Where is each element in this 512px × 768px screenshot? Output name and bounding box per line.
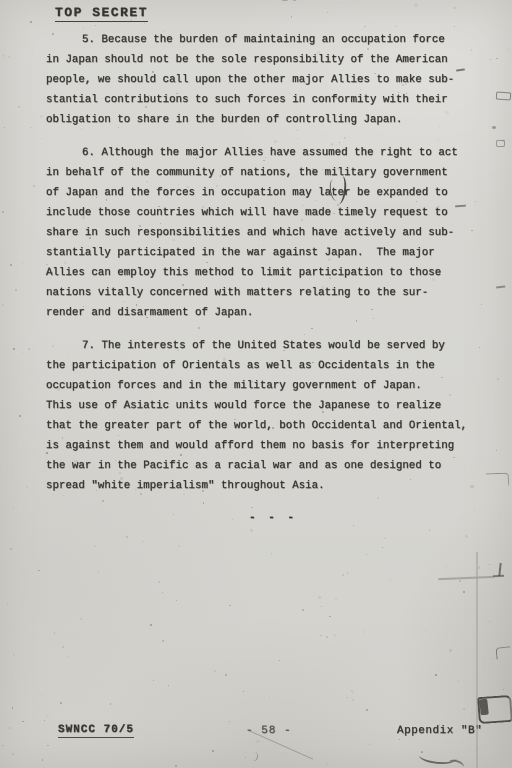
noise-speck — [497, 378, 499, 380]
text-line: the participation of Orientals as well a… — [46, 356, 486, 376]
noise-speck — [13, 508, 15, 510]
noise-speck — [302, 609, 304, 611]
noise-speck — [33, 185, 35, 187]
noise-speck — [225, 674, 226, 675]
noise-speck — [30, 127, 32, 129]
noise-speck — [30, 21, 32, 23]
noise-speck — [2, 54, 5, 57]
noise-speck — [15, 289, 17, 291]
noise-speck — [352, 699, 354, 701]
noise-speck — [143, 541, 144, 542]
text-line: include those countries which will have … — [46, 203, 486, 223]
noise-speck — [214, 670, 216, 672]
noise-speck — [364, 26, 366, 28]
noise-speck — [158, 581, 160, 583]
noise-speck — [229, 721, 230, 722]
noise-speck — [342, 574, 344, 576]
noise-speck — [335, 598, 337, 600]
noise-speck — [366, 709, 368, 711]
scan-artifact — [495, 646, 511, 660]
noise-speck — [508, 49, 509, 50]
noise-speck — [496, 450, 497, 451]
noise-speck — [80, 618, 82, 620]
text-line: occupation forces and in the military go… — [46, 376, 486, 396]
noise-speck — [229, 605, 231, 607]
noise-speck — [126, 536, 128, 538]
noise-speck — [62, 646, 64, 648]
noise-speck — [54, 632, 56, 634]
noise-speck — [18, 106, 19, 107]
noise-speck — [153, 680, 155, 682]
noise-speck — [352, 692, 354, 694]
noise-speck — [320, 635, 322, 637]
noise-speck — [28, 348, 30, 350]
noise-speck — [19, 415, 21, 417]
scan-artifact — [492, 126, 496, 129]
noise-speck — [463, 591, 465, 593]
noise-speck — [459, 580, 461, 582]
noise-speck — [329, 616, 331, 618]
noise-speck — [245, 757, 246, 758]
noise-speck — [2, 211, 4, 213]
noise-speck — [102, 500, 103, 501]
noise-speck — [168, 685, 169, 686]
text-line: is against them and would afford them no… — [46, 436, 486, 456]
noise-speck — [144, 23, 145, 24]
noise-speck — [478, 566, 481, 569]
noise-speck — [232, 519, 233, 520]
section-separator: - - - — [249, 512, 297, 524]
noise-speck — [453, 7, 456, 10]
text-line: stantially participated in the war again… — [46, 243, 486, 263]
partial-page-number-top: 13 — [281, 0, 301, 4]
noise-speck — [382, 547, 383, 548]
scan-artifact — [496, 281, 506, 288]
scratch-mark — [418, 746, 458, 767]
noise-speck — [22, 263, 24, 265]
text-line: obligation to share in the burden of con… — [46, 110, 486, 130]
noise-speck — [173, 514, 174, 515]
noise-speck — [176, 600, 178, 602]
noise-speck — [175, 765, 177, 767]
paragraph: 6. Although the major Allies have assume… — [46, 143, 486, 323]
noise-speck — [449, 649, 452, 652]
noise-speck — [463, 708, 465, 710]
noise-speck — [377, 497, 379, 499]
noise-speck — [8, 56, 10, 58]
noise-speck — [60, 702, 62, 704]
text-line: in behalf of the community of nations, t… — [46, 163, 486, 183]
tear-mark — [479, 699, 489, 716]
page-number: - 58 - — [246, 725, 292, 737]
noise-speck — [41, 138, 42, 139]
noise-speck — [394, 25, 397, 28]
noise-speck — [42, 759, 44, 761]
noise-speck — [55, 569, 57, 571]
crease-line — [438, 576, 494, 580]
text-line: of Japan and the forces in occupation ma… — [46, 183, 486, 203]
noise-speck — [26, 486, 28, 488]
tear-mark — [477, 695, 512, 724]
noise-speck — [446, 566, 447, 567]
text-line: render and disarmament of Japan. — [46, 303, 486, 323]
scratch-mark — [447, 758, 465, 768]
noise-speck — [493, 658, 494, 659]
noise-speck — [489, 621, 490, 622]
noise-speck — [13, 348, 15, 350]
noise-speck — [326, 763, 328, 765]
noise-speck — [318, 596, 321, 599]
noise-speck — [502, 139, 505, 142]
noise-speck — [489, 564, 490, 565]
noise-speck — [13, 653, 16, 656]
noise-speck — [476, 747, 478, 749]
crease-mark — [493, 575, 504, 577]
noise-speck — [12, 753, 13, 754]
noise-speck — [276, 757, 277, 758]
appendix-label: Appendix "B" — [397, 725, 482, 737]
noise-speck — [490, 59, 491, 60]
noise-speck — [390, 579, 391, 580]
noise-speck — [2, 304, 4, 306]
document-id: SWNCC 70/5 — [58, 724, 134, 738]
noise-speck — [67, 656, 69, 658]
noise-speck — [429, 530, 430, 531]
noise-speck — [435, 674, 436, 675]
noise-speck — [421, 751, 423, 753]
noise-speck — [195, 610, 196, 611]
noise-speck — [271, 553, 272, 554]
scan-artifact — [486, 473, 509, 487]
noise-speck — [95, 25, 96, 26]
noise-speck — [430, 573, 431, 574]
text-line: This use of Asiatic units would force th… — [46, 396, 486, 416]
text-line: spread "white imperialism" throughout As… — [46, 476, 486, 496]
noise-speck — [10, 264, 12, 266]
document-body: 5. Because the burden of maintaining an … — [46, 30, 486, 496]
noise-speck — [4, 127, 5, 128]
noise-speck — [10, 548, 12, 550]
text-line: Allies can employ this method to limit p… — [46, 263, 486, 283]
noise-speck — [334, 634, 337, 637]
scan-artifact — [496, 91, 512, 100]
scratch-mark — [249, 751, 259, 761]
noise-speck — [269, 697, 270, 698]
noise-speck — [238, 711, 239, 712]
noise-speck — [212, 750, 214, 752]
paragraph: 7. The interests of the United States wo… — [46, 336, 486, 496]
text-line: 5. Because the burden of maintaining an … — [46, 30, 486, 50]
noise-speck — [98, 572, 99, 573]
text-line: stantial contributions to such forces in… — [46, 90, 486, 110]
noise-speck — [94, 545, 96, 547]
noise-speck — [47, 715, 48, 716]
noise-speck — [162, 640, 164, 642]
noise-speck — [461, 517, 462, 518]
text-line: 7. The interests of the United States wo… — [46, 336, 486, 356]
noise-speck — [384, 537, 386, 539]
noise-speck — [321, 606, 322, 607]
noise-speck — [250, 529, 253, 532]
noise-speck — [162, 592, 163, 593]
noise-speck — [364, 631, 366, 633]
text-line: in Japan should not be the sole responsi… — [46, 50, 486, 70]
noise-speck — [309, 14, 310, 15]
noise-speck — [38, 570, 39, 571]
text-line: that the greater part of the world, both… — [46, 416, 486, 436]
noise-speck — [41, 694, 42, 695]
document-page: 13 TOP SECRET 5. Because the burden of m… — [0, 0, 512, 768]
noise-speck — [326, 636, 328, 638]
noise-speck — [347, 697, 348, 698]
noise-speck — [22, 721, 23, 722]
noise-speck — [203, 502, 204, 503]
paragraph: 5. Because the burden of maintaining an … — [46, 30, 486, 130]
noise-speck — [12, 707, 13, 708]
classification-stamp: TOP SECRET — [55, 5, 148, 22]
noise-speck — [44, 720, 45, 721]
noise-speck — [279, 660, 280, 661]
noise-speck — [425, 629, 426, 630]
noise-speck — [474, 510, 476, 512]
noise-speck — [327, 12, 329, 14]
noise-speck — [347, 572, 348, 573]
noise-speck — [251, 507, 253, 509]
text-line: share in such responsibilities and which… — [46, 223, 486, 243]
noise-speck — [353, 525, 354, 526]
text-line: the war in the Pacific as a racial war a… — [46, 456, 486, 476]
page-footer: SWNCC 70/5 - 58 - Appendix "B" — [0, 724, 512, 746]
noise-speck — [40, 115, 43, 118]
noise-speck — [499, 568, 501, 570]
noise-speck — [465, 535, 468, 538]
text-line: 6. Although the major Allies have assume… — [46, 143, 486, 163]
noise-speck — [496, 58, 497, 59]
noise-speck — [22, 352, 23, 353]
text-line: nations vitally concerned with matters r… — [46, 283, 486, 303]
noise-speck — [414, 3, 417, 6]
noise-speck — [366, 554, 367, 555]
noise-speck — [243, 691, 244, 692]
noise-speck — [110, 703, 111, 704]
noise-speck — [454, 26, 455, 27]
text-line: people, we should call upon the other ma… — [46, 70, 486, 90]
noise-speck — [458, 680, 459, 681]
noise-speck — [7, 603, 8, 604]
noise-speck — [503, 689, 504, 690]
noise-speck — [291, 16, 293, 18]
noise-speck — [150, 624, 152, 626]
noise-speck — [178, 545, 180, 547]
